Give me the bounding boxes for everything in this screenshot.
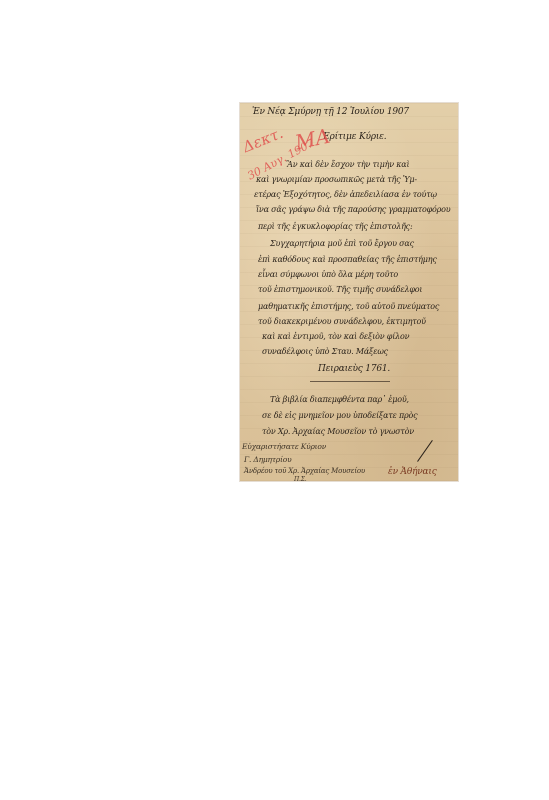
letter-closing-line: σε δὲ εἰς μνημεῖον μου ὑποδείξατε πρὸς	[262, 412, 417, 420]
letter-signature: ἐν Ἀθήναις	[388, 468, 437, 477]
letter-footer-line: Εὐχαριστήσατε Κύριον	[242, 443, 326, 451]
letter-footer-line: Π.Σ.	[294, 477, 307, 481]
letter-body-line: ετέρας Ἐξοχότητος, δὲν ἀπεδειλίασα ἐν το…	[254, 191, 437, 199]
letter-body-line: εἶναι σύμφωνοι ὑπὸ ὅλα μέρη τοῦτο	[258, 271, 398, 279]
letter-body-line: περὶ τῆς ἐγκυκλοφορίας τῆς ἐπιστολῆς:	[258, 223, 412, 231]
letter-body-line: Συγχαρητήρια μοῦ ἐπὶ τοῦ ἔργου σας	[270, 240, 414, 248]
letter-body-line: τοῦ ἐπιστημονικοῦ. Τῆς τιμῆς συνάδελφοι	[258, 286, 422, 294]
letter-salutation: Ἐρίτιμε Κύριε.	[322, 133, 386, 142]
letter-page: Ἐν Νέᾳ Σμύρνῃ τῇ 12 Ἰουλίου 1907 Ἐρίτιμε…	[240, 103, 458, 481]
signature-stroke	[417, 440, 433, 462]
red-annotation-received: Δεκτ.	[240, 124, 285, 156]
letter-closing-line: τὸν Χρ. Ἀρχαίας Μουσεῖον τὸ γνωστὸν	[262, 428, 414, 436]
letter-footer-line: Ἀνδρέου τοῦ Χρ. Ἀρχαίας Μουσείου	[244, 468, 365, 475]
letter-body-line: συναδέλφοις ὑπὸ Σταυ. Μάξεως	[262, 348, 388, 356]
letter-body-line: καὶ γνωριμίαν προσωπικῶς μετὰ τῆς Ὑμ-	[256, 176, 417, 184]
letter-body-line: ἐπὶ καθόδους καὶ προσπαθείας τῆς ἐπιστήμ…	[258, 256, 437, 264]
letter-body-line: μαθηματικῆς ἐπιστήμης, τοῦ αὐτοῦ πνεύματ…	[258, 303, 439, 311]
letter-place-year: Πειραιεὺς 1761.	[318, 365, 390, 374]
letter-footer-line: Γ. Δημητρίου	[244, 456, 291, 464]
letter-body-line: καὶ καὶ ἐντιμοῦ, τὸν καὶ δεξιὸν φίλον	[262, 333, 409, 341]
letter-dateline: Ἐν Νέᾳ Σμύρνῃ τῇ 12 Ἰουλίου 1907	[252, 108, 409, 117]
letter-closing-line: Τὰ βιβλία διαπεμφθέντα παρ᾽ ἐμοῦ,	[270, 396, 409, 404]
red-annotation-initials: ΜΑ	[293, 124, 332, 155]
page-viewer: Ἐν Νέᾳ Σμύρνῃ τῇ 12 Ἰουλίου 1907 Ἐρίτιμε…	[0, 0, 549, 800]
underline-stroke	[310, 381, 390, 382]
letter-body-line: τοῦ διακεκριμένου συνάδελφου, ἐκτιμητοῦ	[258, 318, 426, 326]
letter-body-line: Ἂν καὶ δὲν ἔσχον τὴν τιμὴν καὶ	[286, 161, 409, 169]
letter-body-line: ἵνα σᾶς γράψω διὰ τῆς παρούσης γραμματοφ…	[256, 206, 450, 214]
